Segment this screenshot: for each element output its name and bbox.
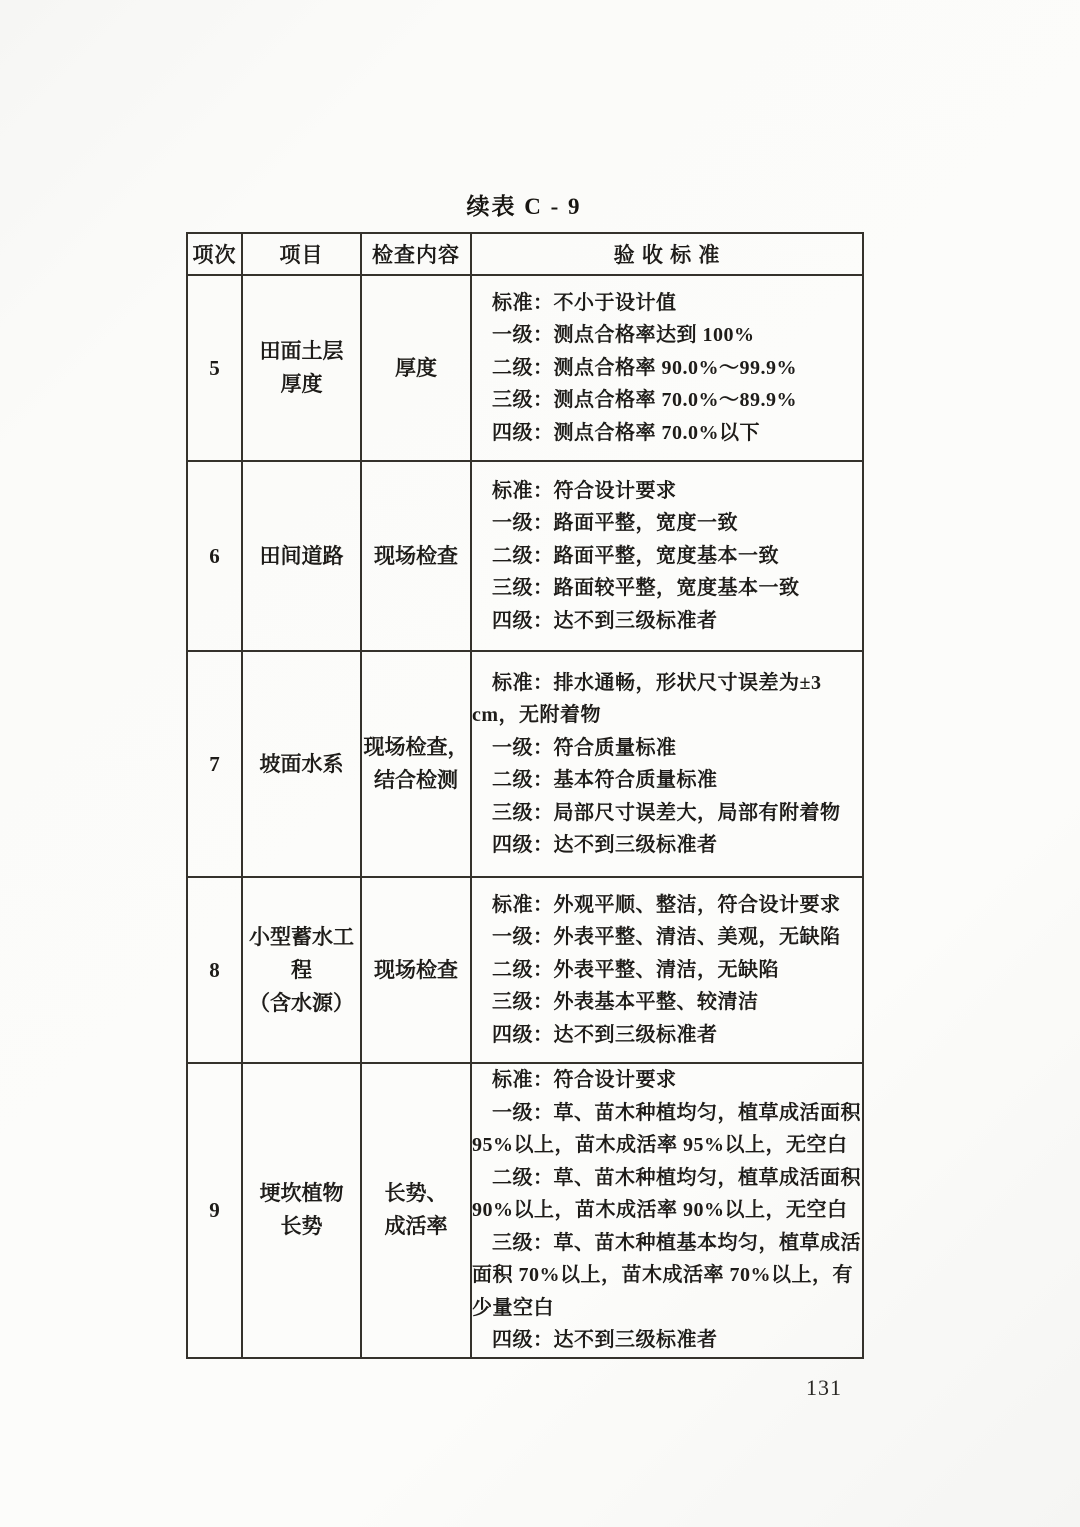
cell-project: 田间道路: [242, 461, 361, 651]
standard-line: 三级：测点合格率 70.0%～89.9%: [472, 384, 862, 417]
cell-project: 埂坎植物长势: [242, 1063, 361, 1358]
standard-line: 二级：基本符合质量标准: [472, 764, 862, 797]
cell-inspection-content: 长势、成活率: [361, 1063, 471, 1358]
standard-line: 三级：局部尺寸误差大，局部有附着物: [472, 797, 862, 830]
cell-item-no: 8: [187, 877, 242, 1063]
col-header-project: 项目: [242, 233, 361, 275]
project-line: 小型蓄水工程: [243, 921, 360, 987]
cell-item-no: 9: [187, 1063, 242, 1358]
standard-line: 四级：达不到三级标准者: [472, 1019, 862, 1052]
standard-line: 二级：草、苗木种植均匀，植草成活面积 90%以上，苗木成活率 90%以上，无空白: [472, 1162, 862, 1227]
inspection-content-line: 现场检查，: [362, 731, 470, 764]
cell-acceptance-standard: 标准：符合设计要求一级：草、苗木种植均匀，植草成活面积 95%以上，苗木成活率 …: [471, 1063, 863, 1358]
inspection-content-line: 现场检查: [362, 954, 470, 987]
standard-line: 标准：符合设计要求: [472, 1064, 862, 1097]
standard-line: 三级：草、苗木种植基本均匀，植草成活面积 70%以上，苗木成活率 70%以上，有…: [472, 1227, 862, 1325]
cell-project: 田面土层厚度: [242, 275, 361, 461]
standard-line: 四级：达不到三级标准者: [472, 1324, 862, 1357]
document-page: 续表 C - 9 项次 项目 检查内容 验 收 标 准 5田面土层厚度厚度标准：…: [0, 0, 1080, 1527]
project-line: 田面土层: [243, 335, 360, 368]
standard-line: 四级：达不到三级标准者: [472, 829, 862, 862]
cell-inspection-content: 现场检查，结合检测: [361, 651, 471, 877]
inspection-content-line: 厚度: [362, 352, 470, 385]
table-row: 8小型蓄水工程（含水源）现场检查标准：外观平顺、整洁，符合设计要求一级：外表平整…: [187, 877, 863, 1063]
cell-acceptance-standard: 标准：外观平顺、整洁，符合设计要求一级：外表平整、清洁、美观，无缺陷二级：外表平…: [471, 877, 863, 1063]
cell-item-no: 6: [187, 461, 242, 651]
standard-line: 标准：排水通畅，形状尺寸误差为±3 cm，无附着物: [472, 667, 862, 732]
standard-line: 一级：外表平整、清洁、美观，无缺陷: [472, 921, 862, 954]
standard-line: 二级：外表平整、清洁，无缺陷: [472, 954, 862, 987]
acceptance-standards-table: 项次 项目 检查内容 验 收 标 准 5田面土层厚度厚度标准：不小于设计值一级：…: [186, 232, 864, 1359]
cell-inspection-content: 厚度: [361, 275, 471, 461]
standard-line: 标准：外观平顺、整洁，符合设计要求: [472, 889, 862, 922]
table-body: 5田面土层厚度厚度标准：不小于设计值一级：测点合格率达到 100%二级：测点合格…: [187, 275, 863, 1358]
cell-acceptance-standard: 标准：不小于设计值一级：测点合格率达到 100%二级：测点合格率 90.0%～9…: [471, 275, 863, 461]
project-line: 田间道路: [243, 540, 360, 573]
standard-line: 标准：符合设计要求: [472, 475, 862, 508]
project-line: 厚度: [243, 368, 360, 401]
standard-line: 二级：测点合格率 90.0%～99.9%: [472, 352, 862, 385]
cell-acceptance-standard: 标准：符合设计要求一级：路面平整，宽度一致二级：路面平整，宽度基本一致三级：路面…: [471, 461, 863, 651]
inspection-content-line: 成活率: [362, 1210, 470, 1243]
project-line: （含水源）: [243, 987, 360, 1020]
standard-line: 一级：路面平整，宽度一致: [472, 507, 862, 540]
standard-line: 一级：草、苗木种植均匀，植草成活面积 95%以上，苗木成活率 95%以上，无空白: [472, 1097, 862, 1162]
standard-line: 标准：不小于设计值: [472, 287, 862, 320]
standard-line: 三级：路面较平整，宽度基本一致: [472, 572, 862, 605]
table-title: 续表 C - 9: [186, 188, 862, 221]
standard-line: 一级：测点合格率达到 100%: [472, 319, 862, 352]
cell-acceptance-standard: 标准：排水通畅，形状尺寸误差为±3 cm，无附着物一级：符合质量标准二级：基本符…: [471, 651, 863, 877]
table-row: 6田间道路现场检查标准：符合设计要求一级：路面平整，宽度一致二级：路面平整，宽度…: [187, 461, 863, 651]
table-row: 7坡面水系现场检查，结合检测标准：排水通畅，形状尺寸误差为±3 cm，无附着物一…: [187, 651, 863, 877]
inspection-content-line: 结合检测: [362, 764, 470, 797]
cell-item-no: 5: [187, 275, 242, 461]
cell-inspection-content: 现场检查: [361, 461, 471, 651]
project-line: 埂坎植物: [243, 1177, 360, 1210]
col-header-acceptance-standard: 验 收 标 准: [471, 233, 863, 275]
page-number: 131: [186, 1375, 842, 1401]
col-header-item-no: 项次: [187, 233, 242, 275]
standard-line: 二级：路面平整，宽度基本一致: [472, 540, 862, 573]
project-line: 坡面水系: [243, 748, 360, 781]
inspection-content-line: 长势、: [362, 1177, 470, 1210]
cell-project: 坡面水系: [242, 651, 361, 877]
cell-inspection-content: 现场检查: [361, 877, 471, 1063]
col-header-inspection-content: 检查内容: [361, 233, 471, 275]
standard-line: 四级：达不到三级标准者: [472, 605, 862, 638]
inspection-content-line: 现场检查: [362, 540, 470, 573]
table-row: 9埂坎植物长势长势、成活率标准：符合设计要求一级：草、苗木种植均匀，植草成活面积…: [187, 1063, 863, 1358]
cell-item-no: 7: [187, 651, 242, 877]
table-header-row: 项次 项目 检查内容 验 收 标 准: [187, 233, 863, 275]
standard-line: 三级：外表基本平整、较清洁: [472, 986, 862, 1019]
standard-line: 四级：测点合格率 70.0%以下: [472, 417, 862, 450]
project-line: 长势: [243, 1210, 360, 1243]
cell-project: 小型蓄水工程（含水源）: [242, 877, 361, 1063]
table-row: 5田面土层厚度厚度标准：不小于设计值一级：测点合格率达到 100%二级：测点合格…: [187, 275, 863, 461]
standard-line: 一级：符合质量标准: [472, 732, 862, 765]
